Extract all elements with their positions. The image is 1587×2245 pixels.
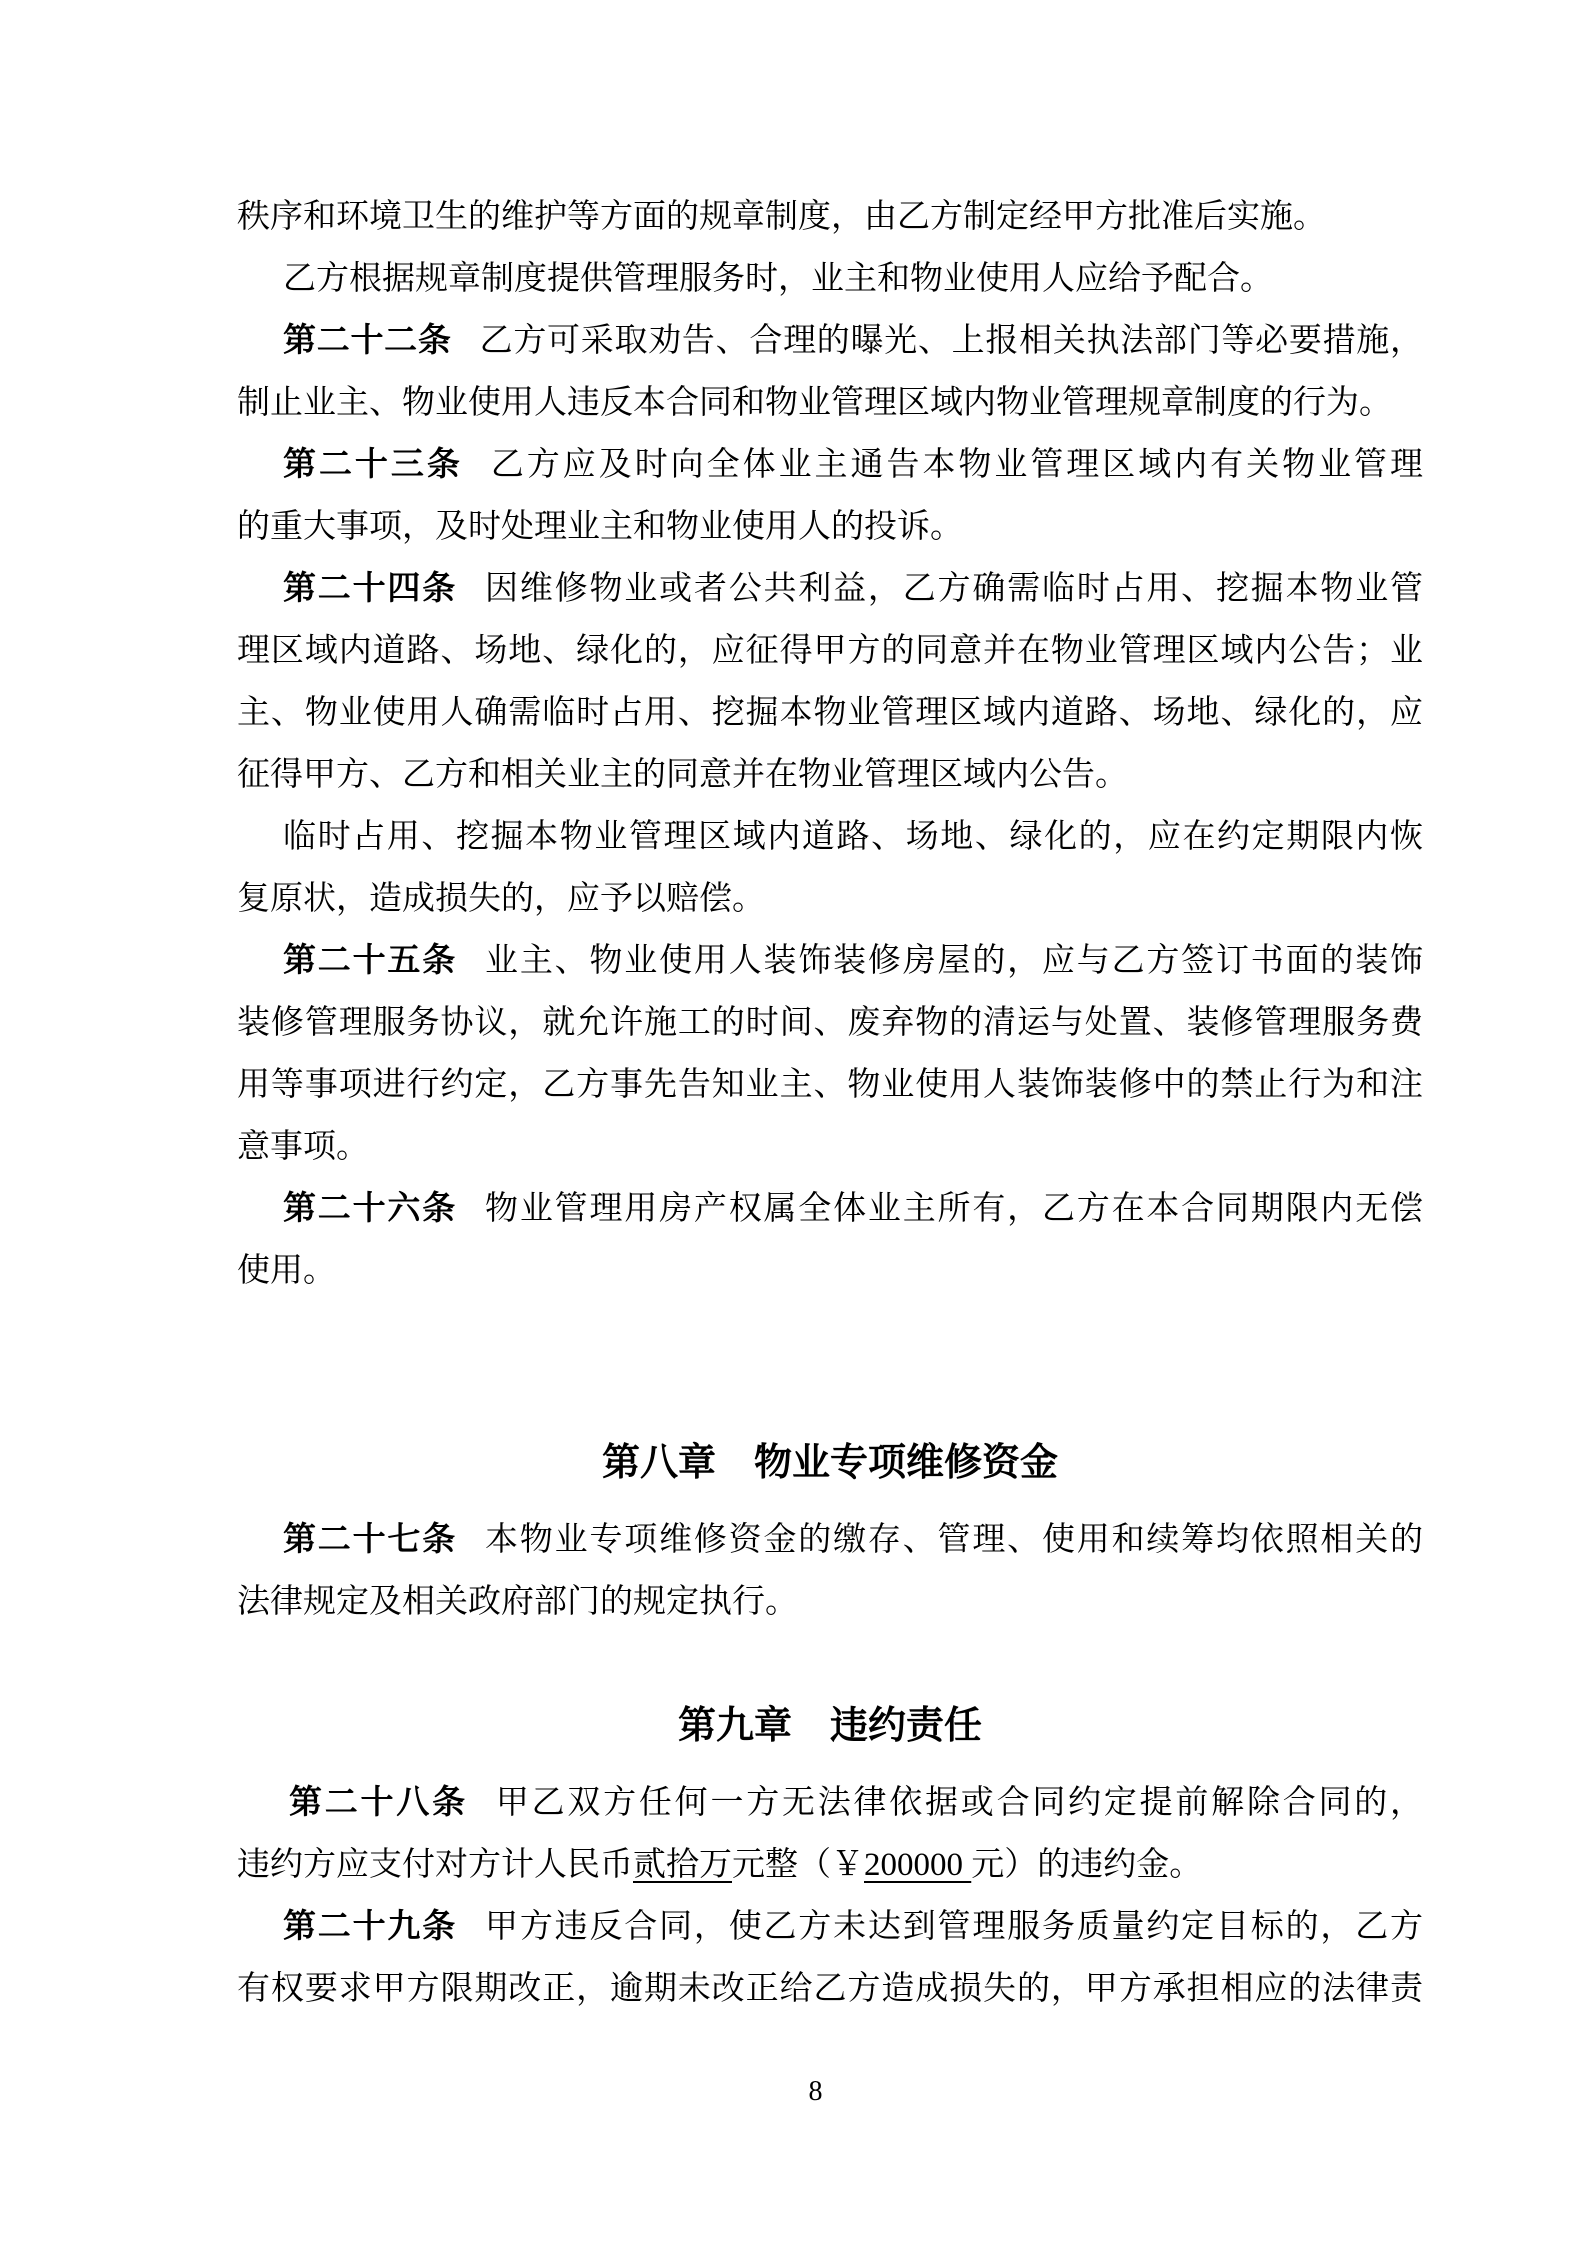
underlined-value: 贰拾万 — [633, 1847, 732, 1883]
text-segment: 乙方可采取劝告、合理的曝光、上报相关执法部门等必要措施， — [480, 323, 1423, 359]
text-line: 违约方应支付对方计人民币贰拾万元整（￥200000 元）的违约金。 — [237, 1845, 1423, 1886]
text-segment: 装修管理服务协议，就允许施工的时间、废弃物的清运与处置、装修管理服务费 — [237, 1005, 1423, 1041]
text-segment: 临时占用、挖掘本物业管理区域内道路、场地、绿化的，应在约定期限内恢 — [283, 819, 1423, 855]
text-line: 第二十五条业主、物业使用人装饰装修房屋的，应与乙方签订书面的装饰 — [237, 941, 1423, 982]
article-number: 第二十二条 — [283, 323, 452, 359]
chapter-heading: 第八章 物业专项维修资金 — [237, 1441, 1423, 1487]
article-number: 第二十八条 — [289, 1785, 468, 1821]
text-line: 用等事项进行约定，乙方事先告知业主、物业使用人装饰装修中的禁止行为和注 — [237, 1065, 1423, 1106]
text-segment: 甲乙双方任何一方无法律依据或合同约定提前解除合同的， — [496, 1785, 1423, 1821]
text-line: 法律规定及相关政府部门的规定执行。 — [237, 1582, 1423, 1623]
text-line: 征得甲方、乙方和相关业主的同意并在物业管理区域内公告。 — [237, 755, 1423, 796]
text-segment: 使用。 — [237, 1253, 336, 1289]
text-segment: 复原状，造成损失的，应予以赔偿。 — [237, 881, 765, 917]
text-segment: 征得甲方、乙方和相关业主的同意并在物业管理区域内公告。 — [237, 757, 1128, 793]
text-segment: 元整（￥ — [732, 1847, 864, 1883]
text-line: 制止业主、物业使用人违反本合同和物业管理区域内物业管理规章制度的行为。 — [237, 383, 1423, 424]
article-number: 第二十三条 — [283, 447, 463, 483]
text-segment: 甲方违反合同，使乙方未达到管理服务质量约定目标的，乙方 — [485, 1909, 1423, 1945]
content-area: 秩序和环境卫生的维护等方面的规章制度，由乙方制定经甲方批准后实施。乙方根据规章制… — [237, 0, 1423, 2245]
text-segment: 秩序和环境卫生的维护等方面的规章制度，由乙方制定经甲方批准后实施。 — [237, 199, 1326, 235]
text-line: 第二十四条因维修物业或者公共利益，乙方确需临时占用、挖掘本物业管 — [237, 569, 1423, 610]
text-line: 意事项。 — [237, 1127, 1423, 1168]
text-line: 使用。 — [237, 1251, 1423, 1292]
text-segment: 意事项。 — [237, 1129, 369, 1165]
text-segment: 乙方根据规章制度提供管理服务时，业主和物业使用人应给予配合。 — [283, 261, 1273, 297]
text-segment: 第八章 物业专项维修资金 — [602, 1442, 1058, 1484]
text-line: 第二十二条乙方可采取劝告、合理的曝光、上报相关执法部门等必要措施， — [237, 321, 1423, 362]
text-line: 第二十七条本物业专项维修资金的缴存、管理、使用和续筹均依照相关的 — [237, 1520, 1423, 1561]
text-line: 第二十六条物业管理用房产权属全体业主所有，乙方在本合同期限内无偿 — [237, 1189, 1423, 1230]
text-segment: 本物业专项维修资金的缴存、管理、使用和续筹均依照相关的 — [485, 1522, 1423, 1558]
text-line: 复原状，造成损失的，应予以赔偿。 — [237, 879, 1423, 920]
text-line: 第二十八条甲乙双方任何一方无法律依据或合同约定提前解除合同的， — [237, 1783, 1423, 1824]
text-segment: 法律规定及相关政府部门的规定执行。 — [237, 1584, 798, 1620]
text-line: 乙方根据规章制度提供管理服务时，业主和物业使用人应给予配合。 — [237, 259, 1423, 300]
text-line: 的重大事项，及时处理业主和物业使用人的投诉。 — [237, 507, 1423, 548]
text-segment: 因维修物业或者公共利益，乙方确需临时占用、挖掘本物业管 — [485, 571, 1423, 607]
text-line: 第二十三条乙方应及时向全体业主通告本物业管理区域内有关物业管理 — [237, 445, 1423, 486]
text-line: 主、物业使用人确需临时占用、挖掘本物业管理区域内道路、场地、绿化的，应 — [237, 693, 1423, 734]
text-line: 理区域内道路、场地、绿化的，应征得甲方的同意并在物业管理区域内公告；业 — [237, 631, 1423, 672]
text-line: 有权要求甲方限期改正，逾期未改正给乙方造成损失的，甲方承担相应的法律责 — [237, 1969, 1423, 2010]
text-segment: 元）的违约金。 — [971, 1847, 1202, 1883]
text-line: 装修管理服务协议，就允许施工的时间、废弃物的清运与处置、装修管理服务费 — [237, 1003, 1423, 1044]
text-segment: 第九章 违约责任 — [678, 1705, 982, 1747]
text-segment: 的重大事项，及时处理业主和物业使用人的投诉。 — [237, 509, 963, 545]
article-number: 第二十五条 — [283, 943, 457, 979]
text-line: 第二十九条甲方违反合同，使乙方未达到管理服务质量约定目标的，乙方 — [237, 1907, 1423, 1948]
text-segment: 违约方应支付对方计人民币 — [237, 1847, 633, 1883]
article-number: 第二十四条 — [283, 571, 457, 607]
document-page: 秩序和环境卫生的维护等方面的规章制度，由乙方制定经甲方批准后实施。乙方根据规章制… — [0, 0, 1587, 2245]
underlined-value: 200000 — [864, 1847, 971, 1883]
chapter-heading: 第九章 违约责任 — [237, 1704, 1423, 1750]
page-number: 8 — [22, 2076, 1587, 2108]
article-number: 第二十七条 — [283, 1522, 457, 1558]
text-line: 临时占用、挖掘本物业管理区域内道路、场地、绿化的，应在约定期限内恢 — [237, 817, 1423, 858]
text-segment: 业主、物业使用人装饰装修房屋的，应与乙方签订书面的装饰 — [485, 943, 1423, 979]
text-segment: 有权要求甲方限期改正，逾期未改正给乙方造成损失的，甲方承担相应的法律责 — [237, 1971, 1423, 2007]
text-segment: 主、物业使用人确需临时占用、挖掘本物业管理区域内道路、场地、绿化的，应 — [237, 695, 1423, 731]
text-segment: 乙方应及时向全体业主通告本物业管理区域内有关物业管理 — [491, 447, 1423, 483]
text-segment: 理区域内道路、场地、绿化的，应征得甲方的同意并在物业管理区域内公告；业 — [237, 633, 1423, 669]
text-segment: 制止业主、物业使用人违反本合同和物业管理区域内物业管理规章制度的行为。 — [237, 385, 1392, 421]
text-segment: 物业管理用房产权属全体业主所有，乙方在本合同期限内无偿 — [485, 1191, 1423, 1227]
article-number: 第二十六条 — [283, 1191, 457, 1227]
article-number: 第二十九条 — [283, 1909, 457, 1945]
text-line: 秩序和环境卫生的维护等方面的规章制度，由乙方制定经甲方批准后实施。 — [237, 197, 1423, 238]
text-segment: 用等事项进行约定，乙方事先告知业主、物业使用人装饰装修中的禁止行为和注 — [237, 1067, 1423, 1103]
